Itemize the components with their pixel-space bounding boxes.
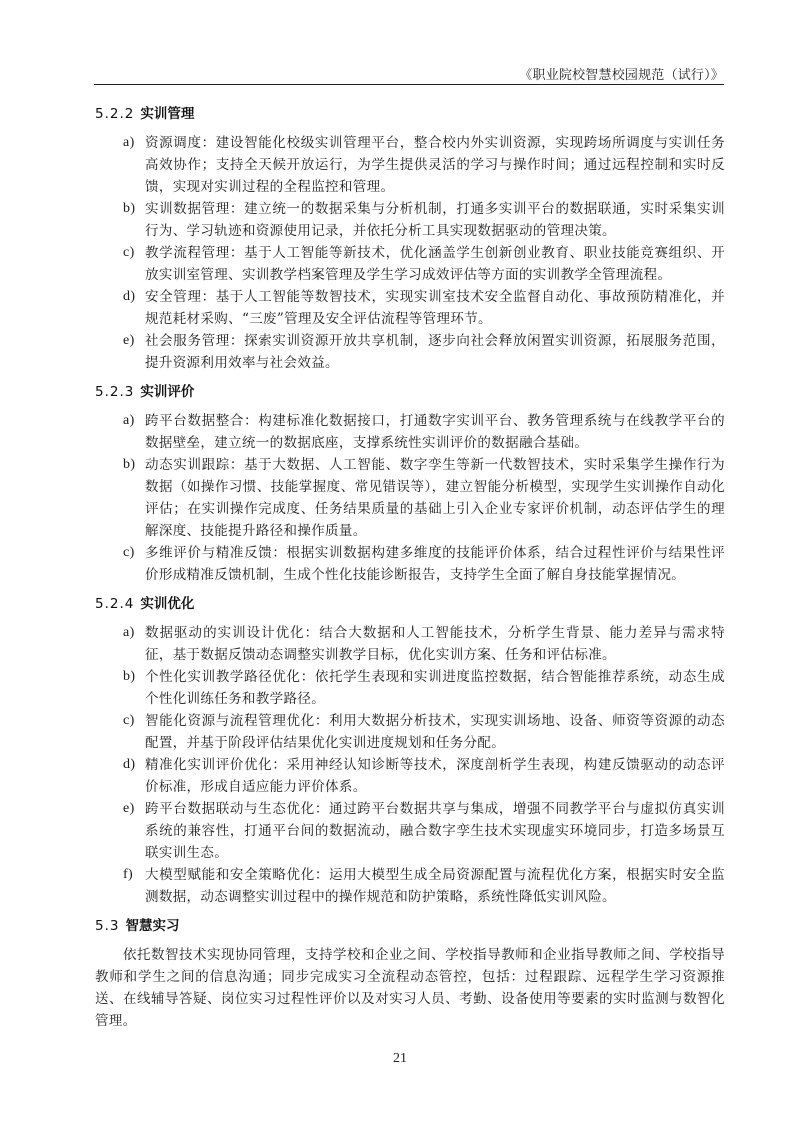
item-text: 实训数据管理：建立统一的数据采集与分析机制，打通多实训平台的数据联通，实时采集实… <box>145 201 725 239</box>
section-title: 实训优化 <box>140 596 194 612</box>
list-item: e)社会服务管理：探索实训资源开放共享机制，逐步向社会释放闲置实训资源，拓展服务… <box>95 330 725 374</box>
item-label: f) <box>123 864 133 886</box>
item-label: a) <box>123 410 135 432</box>
list-item: f)大模型赋能和安全策略优化：运用大模型生成全局资源配置与流程优化方案，根据实时… <box>95 864 725 908</box>
item-text: 精准化实训评价优化：采用神经认知诊断等技术，深度剖析学生表现，构建反馈驱动的动态… <box>145 757 725 795</box>
item-text: 数据驱动的实训设计优化：结合大数据和人工智能技术，分析学生背景、能力差异与需求特… <box>145 625 725 663</box>
item-text: 社会服务管理：探索实训资源开放共享机制，逐步向社会释放闲置实训资源，拓展服务范围… <box>145 333 725 371</box>
section-heading-5-2-2: 5.2.2实训管理 <box>95 103 725 125</box>
item-label: e) <box>123 798 135 820</box>
list-item: d)安全管理：基于人工智能等数智技术，实现实训室技术安全监督自动化、事故预防精准… <box>95 286 725 330</box>
page-number: 21 <box>0 1051 800 1067</box>
section-number: 5.3 <box>95 918 119 934</box>
list-item: d)精准化实训评价优化：采用神经认知诊断等技术，深度剖析学生表现，构建反馈驱动的… <box>95 754 725 798</box>
item-label: c) <box>123 242 135 264</box>
section-list-5-2-3: a)跨平台数据整合：构建标准化数据接口，打通数字实训平台、教务管理系统与在线教学… <box>95 410 725 586</box>
section-number: 5.2.2 <box>95 106 134 122</box>
item-text: 个性化实训教学路径优化：依托学生表现和实训进度监控数据，结合智能推荐系统，动态生… <box>145 669 725 707</box>
list-item: b)个性化实训教学路径优化：依托学生表现和实训进度监控数据，结合智能推荐系统，动… <box>95 666 725 710</box>
list-item: c)多维评价与精准反馈：根据实训数据构建多维度的技能评价体系，结合过程性评价与结… <box>95 542 725 586</box>
list-item: b)动态实训跟踪：基于大数据、人工智能、数字孪生等新一代数智技术，实时采集学生操… <box>95 454 725 542</box>
item-text: 多维评价与精准反馈：根据实训数据构建多维度的技能评价体系，结合过程性评价与结果性… <box>145 545 725 583</box>
item-label: d) <box>123 754 135 776</box>
section-heading-5-2-3: 5.2.3实训评价 <box>95 381 725 403</box>
section-list-5-2-2: a)资源调度：建设智能化校级实训管理平台，整合校内外实训资源，实现跨场所调度与实… <box>95 132 725 374</box>
item-text: 资源调度：建设智能化校级实训管理平台，整合校内外实训资源，实现跨场所调度与实训任… <box>145 135 725 195</box>
section-paragraph: 依托数智技术实现协同管理，支持学校和企业之间、学校指导教师和企业指导教师之间、学… <box>95 944 725 1032</box>
list-item: e)跨平台数据联动与生态优化：通过跨平台数据共享与集成，增强不同教学平台与虚拟仿… <box>95 798 725 864</box>
item-label: c) <box>123 710 135 732</box>
item-label: a) <box>123 132 135 154</box>
section-list-5-2-4: a)数据驱动的实训设计优化：结合大数据和人工智能技术，分析学生背景、能力差异与需… <box>95 622 725 908</box>
item-text: 智能化资源与流程管理优化：利用大数据分析技术，实现实训场地、设备、师资等资源的动… <box>145 713 725 751</box>
document-title: 《职业院校智慧校园规范（试行）》 <box>519 64 724 83</box>
item-label: c) <box>123 542 135 564</box>
list-item: c)教学流程管理：基于人工智能等新技术，优化涵盖学生创新创业教育、职业技能竞赛组… <box>95 242 725 286</box>
list-item: c)智能化资源与流程管理优化：利用大数据分析技术，实现实训场地、设备、师资等资源… <box>95 710 725 754</box>
section-title: 智慧实习 <box>125 918 179 934</box>
item-label: b) <box>123 454 135 476</box>
list-item: a)跨平台数据整合：构建标准化数据接口，打通数字实训平台、教务管理系统与在线教学… <box>95 410 725 454</box>
document-body: 5.2.2实训管理 a)资源调度：建设智能化校级实训管理平台，整合校内外实训资源… <box>95 103 725 1032</box>
section-title: 实训管理 <box>140 106 194 122</box>
item-label: e) <box>123 330 135 352</box>
item-text: 安全管理：基于人工智能等数智技术，实现实训室技术安全监督自动化、事故预防精准化，… <box>145 289 725 327</box>
list-item: a)资源调度：建设智能化校级实训管理平台，整合校内外实训资源，实现跨场所调度与实… <box>95 132 725 198</box>
section-number: 5.2.4 <box>95 596 134 612</box>
item-text: 跨平台数据整合：构建标准化数据接口，打通数字实训平台、教务管理系统与在线教学平台… <box>145 413 725 451</box>
section-heading-5-3: 5.3智慧实习 <box>95 915 725 937</box>
page-header: 《职业院校智慧校园规范（试行）》 <box>94 62 724 85</box>
section-title: 实训评价 <box>140 384 194 400</box>
item-label: d) <box>123 286 135 308</box>
list-item: a)数据驱动的实训设计优化：结合大数据和人工智能技术，分析学生背景、能力差异与需… <box>95 622 725 666</box>
item-text: 跨平台数据联动与生态优化：通过跨平台数据共享与集成，增强不同教学平台与虚拟仿真实… <box>145 801 725 861</box>
item-label: a) <box>123 622 135 644</box>
section-heading-5-2-4: 5.2.4实训优化 <box>95 593 725 615</box>
section-number: 5.2.3 <box>95 384 134 400</box>
item-text: 教学流程管理：基于人工智能等新技术，优化涵盖学生创新创业教育、职业技能竞赛组织、… <box>145 245 725 283</box>
item-text: 大模型赋能和安全策略优化：运用大模型生成全局资源配置与流程优化方案，根据实时安全… <box>145 867 725 905</box>
item-label: b) <box>123 198 135 220</box>
list-item: b)实训数据管理：建立统一的数据采集与分析机制，打通多实训平台的数据联通，实时采… <box>95 198 725 242</box>
item-text: 动态实训跟踪：基于大数据、人工智能、数字孪生等新一代数智技术，实时采集学生操作行… <box>145 457 725 539</box>
item-label: b) <box>123 666 135 688</box>
